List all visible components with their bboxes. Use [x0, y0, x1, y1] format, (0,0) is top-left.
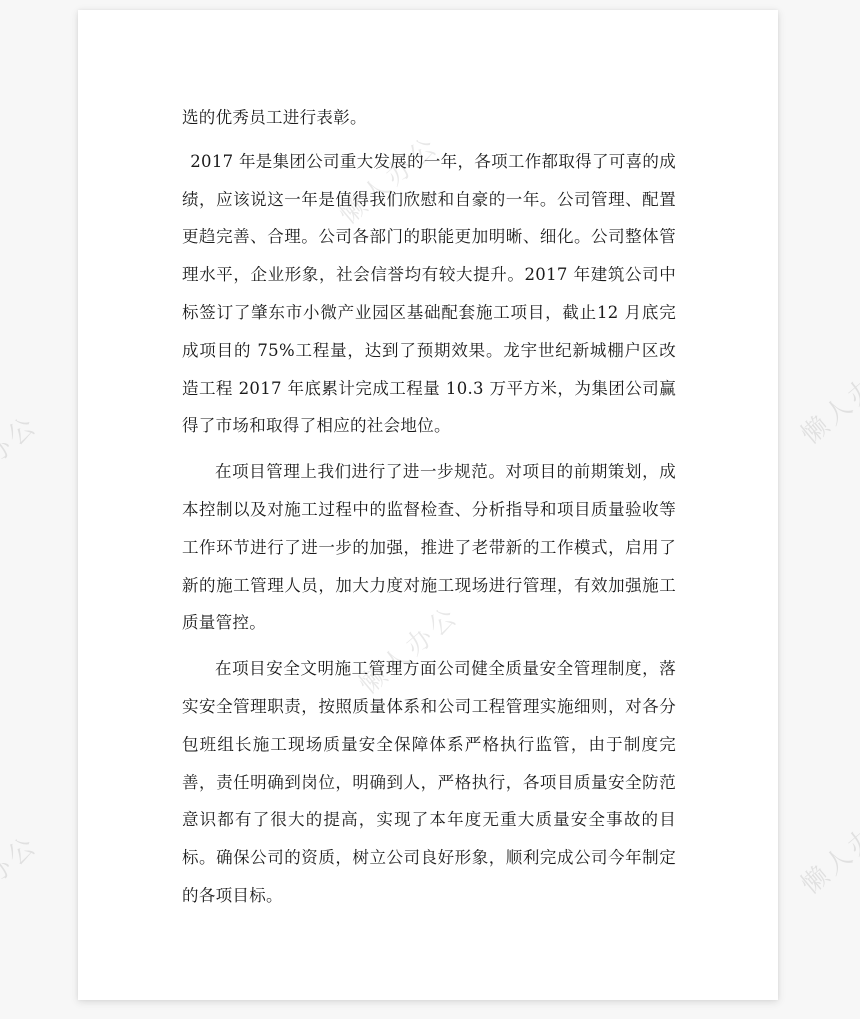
paragraph-3: 在项目管理上我们进行了进一步规范。对项目的前期策划，成本控制以及对施工过程中的监…: [182, 453, 676, 642]
document-body: 选的优秀员工进行表彰。 2017 年是集团公司重大发展的一年，各项工作都取得了可…: [182, 99, 676, 915]
paragraph-2: 2017 年是集团公司重大发展的一年，各项工作都取得了可喜的成绩，应该说这一年是…: [182, 143, 676, 445]
watermark: 办公: [0, 825, 45, 892]
watermark: 懒人办公: [792, 346, 860, 451]
paragraph-1: 选的优秀员工进行表彰。: [182, 99, 676, 137]
watermark: 办公: [0, 405, 45, 472]
document-page: 选的优秀员工进行表彰。 2017 年是集团公司重大发展的一年，各项工作都取得了可…: [78, 10, 778, 1000]
paragraph-4: 在项目安全文明施工管理方面公司健全质量安全管理制度，落实安全管理职责，按照质量体…: [182, 650, 676, 915]
watermark: 懒人办公: [792, 796, 860, 901]
